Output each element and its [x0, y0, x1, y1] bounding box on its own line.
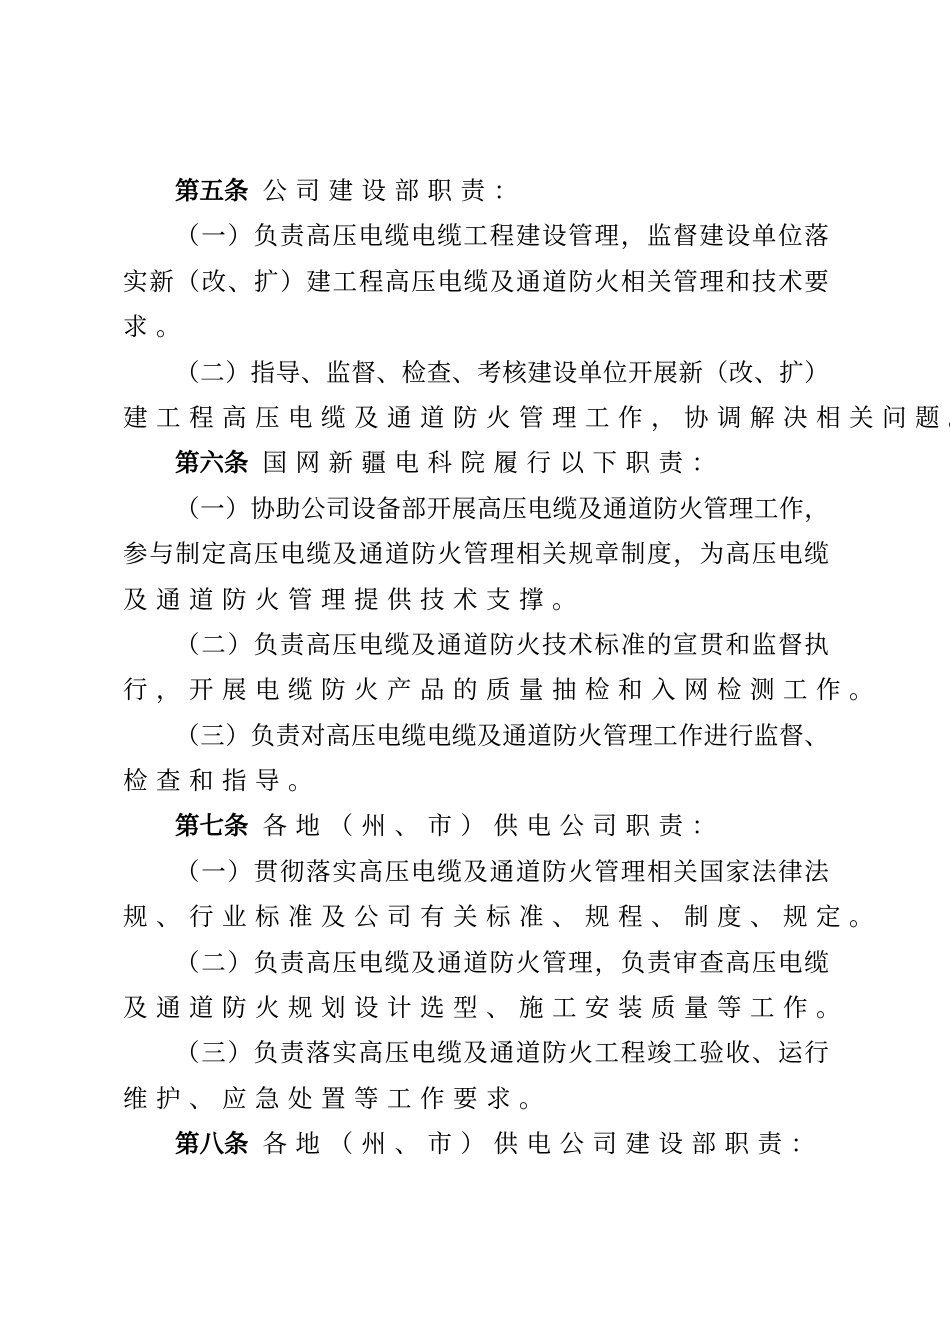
glyph: 压	[351, 713, 376, 758]
glyph: 新	[678, 350, 703, 395]
glyph: 火	[578, 713, 603, 758]
glyph: ）	[225, 713, 250, 758]
glyph: 、	[301, 350, 326, 395]
glyph: 、	[228, 259, 253, 304]
glyph: 责	[280, 940, 305, 985]
glyph: ）	[804, 350, 829, 395]
paragraph-line: 建工程高压电缆及通道防火管理工作，协调解决相关问题。	[123, 395, 829, 440]
glyph: 负	[254, 213, 279, 258]
glyph: 电	[359, 940, 384, 985]
paragraph-line: 及通道防火管理提供技术支撑。	[123, 577, 829, 622]
glyph: 火	[516, 940, 541, 985]
glyph: 法	[804, 849, 829, 894]
glyph: 公	[301, 486, 326, 531]
glyph: 位	[778, 213, 803, 258]
glyph: 通	[516, 259, 541, 304]
glyph: 电	[359, 213, 384, 258]
glyph: 理	[628, 713, 653, 758]
glyph: 设	[542, 213, 567, 258]
glyph: 电	[437, 259, 462, 304]
glyph: 作	[678, 713, 703, 758]
glyph: 及	[333, 531, 358, 576]
glyph: 工	[653, 713, 678, 758]
glyph: 缆	[385, 622, 410, 667]
glyph: 落	[306, 849, 331, 894]
glyph: 制	[175, 531, 200, 576]
glyph: 定	[202, 531, 227, 576]
glyph: 单	[752, 213, 777, 258]
glyph: ）	[225, 486, 250, 531]
glyph: 高	[306, 622, 331, 667]
glyph: 压	[385, 849, 410, 894]
glyph: 协	[251, 486, 276, 531]
glyph: 负	[251, 713, 276, 758]
glyph: 火	[437, 531, 462, 576]
glyph: 电	[411, 849, 436, 894]
glyph: 电	[376, 713, 401, 758]
paragraph-line: （二）负责高压电缆及通道防火管理，负责审查高压电缆	[123, 940, 829, 985]
article-number: 第六条	[175, 440, 249, 485]
glyph: 火	[516, 622, 541, 667]
glyph: 缆	[553, 486, 578, 531]
glyph: （	[175, 622, 200, 667]
glyph: 参	[123, 531, 148, 576]
glyph: 理	[729, 486, 754, 531]
glyph: 理	[595, 213, 620, 258]
glyph: 通	[490, 1030, 515, 1075]
glyph: ）	[227, 940, 252, 985]
glyph: 责	[280, 1030, 305, 1075]
glyph: 高	[306, 940, 331, 985]
paragraph-line: （一）贯彻落实高压电缆及通道防火管理相关国家法律法	[123, 849, 829, 894]
glyph: 缆	[385, 940, 410, 985]
glyph: （	[175, 259, 200, 304]
paragraph-line: 规、行业标准及公司有关标准、规程、制度、规定。	[123, 894, 829, 939]
glyph: 监	[326, 350, 351, 395]
paragraph-line: 及通道防火规划设计选型、施工安装质量等工作。	[123, 985, 829, 1030]
glyph: ，	[804, 486, 829, 531]
glyph: 火	[568, 1030, 593, 1075]
paragraph-line: 参与制定高压电缆及通道防火管理相关规章制度，为高压电缆	[123, 531, 829, 576]
glyph: 防	[490, 940, 515, 985]
glyph: 负	[254, 940, 279, 985]
glyph: 一	[200, 486, 225, 531]
glyph: 助	[276, 486, 301, 531]
paragraph-text: 检查和指导。	[123, 758, 321, 803]
glyph: 二	[200, 350, 225, 395]
glyph: 备	[376, 486, 401, 531]
glyph: 贯	[254, 849, 279, 894]
glyph: 监	[752, 622, 777, 667]
document-page: 第五条 公司建设部职责： （一）负责高压电缆电缆工程建设管理，监督建设单位落 实…	[123, 168, 829, 1167]
glyph: （	[175, 350, 200, 395]
glyph: 道	[516, 849, 541, 894]
glyph: 二	[201, 940, 226, 985]
glyph: 法	[752, 849, 777, 894]
glyph: ，	[621, 213, 646, 258]
glyph: 作	[779, 486, 804, 531]
glyph: ，	[673, 531, 698, 576]
glyph: 工	[595, 1030, 620, 1075]
glyph: 责	[647, 940, 672, 985]
glyph: 程	[621, 1030, 646, 1075]
glyph: 三	[201, 1030, 226, 1075]
glyph: 压	[752, 531, 777, 576]
glyph: 负	[254, 1030, 279, 1075]
glyph: 查	[699, 940, 724, 985]
glyph: ，	[595, 940, 620, 985]
glyph: 检	[402, 350, 427, 395]
glyph: 高	[359, 849, 384, 894]
glyph: 工	[754, 486, 779, 531]
glyph: 防	[553, 713, 578, 758]
glyph: 压	[411, 259, 436, 304]
glyph: 管	[568, 213, 593, 258]
glyph: 落	[306, 1030, 331, 1075]
glyph: 理	[621, 849, 646, 894]
glyph: 防	[542, 1030, 567, 1075]
glyph: 防	[490, 622, 515, 667]
article-number: 第五条	[175, 168, 249, 213]
glyph: 术	[568, 622, 593, 667]
glyph: 火	[595, 259, 620, 304]
glyph: 建	[306, 259, 331, 304]
glyph: 电	[359, 622, 384, 667]
glyph: 设	[726, 213, 751, 258]
glyph: 道	[628, 486, 653, 531]
glyph: 彻	[280, 849, 305, 894]
glyph: 改	[202, 259, 227, 304]
glyph: 核	[502, 350, 527, 395]
glyph: 一	[201, 849, 226, 894]
glyph: 要	[804, 259, 829, 304]
article-number: 第七条	[175, 803, 249, 848]
glyph: 及	[490, 259, 515, 304]
glyph: 开	[628, 350, 653, 395]
glyph: 管	[595, 849, 620, 894]
glyph: 压	[254, 531, 279, 576]
glyph: 压	[752, 940, 777, 985]
glyph: 二	[201, 622, 226, 667]
glyph: 及	[411, 622, 436, 667]
glyph: 技	[542, 622, 567, 667]
glyph: 扩	[254, 259, 279, 304]
paragraph-line: （二）负责高压电缆及通道防火技术标准的宣贯和监督执	[123, 622, 829, 667]
paragraph-line: 行，开展电缆防火产品的质量抽检和入网检测工作。	[123, 667, 829, 712]
glyph: 通	[603, 486, 628, 531]
glyph: 高	[726, 531, 751, 576]
glyph: 新	[149, 259, 174, 304]
glyph: 缆	[385, 213, 410, 258]
glyph: 开	[427, 486, 452, 531]
glyph: 竣	[647, 1030, 672, 1075]
glyph: 工	[333, 259, 358, 304]
glyph: 、	[804, 713, 829, 758]
paragraph-line: （一）负责高压电缆电缆工程建设管理，监督建设单位落	[123, 213, 829, 258]
glyph: 三	[200, 713, 225, 758]
paragraph-line: （三）负责落实高压电缆及通道防火工程竣工验收、运行	[123, 1030, 829, 1075]
glyph: 电	[778, 531, 803, 576]
glyph: 及	[463, 849, 488, 894]
paragraph-text: 行，开展电缆防火产品的质量抽检和入网检测工作。	[123, 667, 882, 712]
glyph: 程	[359, 259, 384, 304]
glyph: 宣	[673, 622, 698, 667]
glyph: 部	[402, 486, 427, 531]
glyph: 防	[653, 486, 678, 531]
glyph: 建	[516, 213, 541, 258]
glyph: 及	[578, 486, 603, 531]
paragraph-line: 检查和指导。	[123, 758, 829, 803]
glyph: 管	[542, 940, 567, 985]
glyph: 道	[527, 713, 552, 758]
glyph: 督	[778, 622, 803, 667]
glyph: 相	[647, 849, 672, 894]
glyph: 压	[332, 622, 357, 667]
glyph: 缆	[452, 713, 477, 758]
glyph: 及	[463, 1030, 488, 1075]
article-number: 第八条	[175, 1121, 249, 1166]
glyph: 监	[754, 713, 779, 758]
paragraph-line: 求。	[123, 304, 829, 349]
glyph: 工	[673, 1030, 698, 1075]
paragraph-text: 及通道防火管理提供技术支撑。	[123, 577, 585, 622]
glyph: （	[175, 713, 200, 758]
paragraph-line: （二）指导、监督、检查、考核建设单位开展新（改、扩）	[123, 350, 829, 395]
article-title: 国网新疆电科院履行以下职责：	[263, 440, 725, 485]
glyph: 的	[647, 622, 672, 667]
glyph: 压	[385, 1030, 410, 1075]
article-title: 公司建设部职责：	[263, 168, 527, 213]
article-heading: 第七条 各地（州、市）供电公司职责：	[123, 803, 829, 848]
glyph: 通	[437, 622, 462, 667]
glyph: 对	[301, 713, 326, 758]
glyph: 管	[704, 486, 729, 531]
glyph: 和	[726, 622, 751, 667]
article-heading: 第五条 公司建设部职责：	[123, 168, 829, 213]
paragraph-text: 及通道防火规划设计选型、施工安装质量等工作。	[123, 985, 849, 1030]
glyph: 相	[516, 531, 541, 576]
glyph: 章	[595, 531, 620, 576]
glyph: 管	[464, 531, 489, 576]
glyph: 考	[477, 350, 502, 395]
glyph: 验	[699, 1030, 724, 1075]
glyph: 执	[804, 622, 829, 667]
glyph: 查	[427, 350, 452, 395]
glyph: 通	[437, 940, 462, 985]
glyph: 行	[804, 1030, 829, 1075]
glyph: 制	[621, 531, 646, 576]
glyph: 、	[452, 350, 477, 395]
glyph: （	[704, 350, 729, 395]
glyph: 展	[452, 486, 477, 531]
glyph: 运	[778, 1030, 803, 1075]
glyph: 电	[427, 713, 452, 758]
glyph: 督	[779, 713, 804, 758]
glyph: 审	[673, 940, 698, 985]
glyph: 指	[251, 350, 276, 395]
glyph: ）	[227, 622, 252, 667]
glyph: 理	[490, 531, 515, 576]
glyph: 技	[752, 259, 777, 304]
paragraph-line: 维护、应急处置等工作要求。	[123, 1076, 829, 1121]
glyph: 、	[376, 350, 401, 395]
glyph: 责	[280, 213, 305, 258]
glyph: 防	[411, 531, 436, 576]
glyph: 道	[463, 940, 488, 985]
glyph: 贯	[699, 622, 724, 667]
glyph: 缆	[437, 1030, 462, 1075]
glyph: 防	[568, 259, 593, 304]
glyph: 高	[359, 1030, 384, 1075]
glyph: 电	[280, 531, 305, 576]
glyph: 为	[699, 531, 724, 576]
paragraph-text: 求。	[123, 304, 189, 349]
glyph: 高	[726, 940, 751, 985]
glyph: 缆	[464, 259, 489, 304]
glyph: 相	[621, 259, 646, 304]
glyph: 缆	[804, 531, 829, 576]
glyph: 电	[527, 486, 552, 531]
article-title: 各地（州、市）供电公司职责：	[263, 803, 725, 848]
glyph: 道	[542, 259, 567, 304]
glyph: 监	[647, 213, 672, 258]
glyph: 导	[276, 350, 301, 395]
glyph: ）	[227, 1030, 252, 1075]
glyph: 高	[228, 531, 253, 576]
glyph: 位	[603, 350, 628, 395]
glyph: ）	[280, 259, 305, 304]
glyph: 家	[726, 849, 751, 894]
glyph: 压	[332, 940, 357, 985]
glyph: 责	[276, 713, 301, 758]
glyph: 压	[332, 213, 357, 258]
glyph: ）	[227, 849, 252, 894]
glyph: 电	[411, 1030, 436, 1075]
glyph: 缆	[804, 940, 829, 985]
glyph: 术	[778, 259, 803, 304]
glyph: 及	[477, 713, 502, 758]
glyph: 一	[201, 213, 226, 258]
glyph: 行	[729, 713, 754, 758]
paragraph-line: （一）协助公司设备部开展高压电缆及通道防火管理工作，	[123, 486, 829, 531]
glyph: 国	[699, 849, 724, 894]
glyph: 通	[490, 849, 515, 894]
glyph: 督	[673, 213, 698, 258]
glyph: 高	[477, 486, 502, 531]
glyph: 责	[280, 622, 305, 667]
glyph: 电	[411, 213, 436, 258]
paragraph-text: 规、行业标准及公司有关标准、规程、制度、规定。	[123, 894, 882, 939]
glyph: 单	[578, 350, 603, 395]
glyph: （	[175, 940, 200, 985]
glyph: 关	[647, 259, 672, 304]
glyph: 收	[726, 1030, 751, 1075]
glyph: 道	[463, 622, 488, 667]
glyph: 管	[673, 259, 698, 304]
glyph: 督	[351, 350, 376, 395]
glyph: 关	[542, 531, 567, 576]
glyph: （	[175, 486, 200, 531]
glyph: 、	[754, 350, 779, 395]
paragraph-text: 维护、应急处置等工作要求。	[123, 1076, 552, 1121]
glyph: 负	[254, 622, 279, 667]
glyph: 改	[729, 350, 754, 395]
article-heading: 第六条 国网新疆电科院履行以下职责：	[123, 440, 829, 485]
glyph: 规	[568, 531, 593, 576]
glyph: （	[175, 1030, 200, 1075]
glyph: 建	[527, 350, 552, 395]
glyph: 工	[463, 213, 488, 258]
article-title: 各地（州、市）供电公司建设部职责：	[263, 1121, 824, 1166]
glyph: 准	[621, 622, 646, 667]
glyph: 理	[568, 940, 593, 985]
paragraph-line: （三）负责对高压电缆电缆及通道防火管理工作进行监督、	[123, 713, 829, 758]
glyph: 展	[653, 350, 678, 395]
glyph: 管	[603, 713, 628, 758]
glyph: 火	[678, 486, 703, 531]
glyph: 建	[699, 213, 724, 258]
glyph: （	[175, 213, 200, 258]
glyph: 实	[123, 259, 148, 304]
glyph: 道	[516, 1030, 541, 1075]
glyph: 高	[306, 213, 331, 258]
glyph: 压	[502, 486, 527, 531]
glyph: 实	[332, 1030, 357, 1075]
glyph: ）	[225, 350, 250, 395]
glyph: 负	[621, 940, 646, 985]
glyph: 程	[490, 213, 515, 258]
glyph: 防	[542, 849, 567, 894]
glyph: 电	[778, 940, 803, 985]
glyph: 、	[752, 1030, 777, 1075]
glyph: 落	[804, 213, 829, 258]
glyph: 及	[411, 940, 436, 985]
glyph: 进	[704, 713, 729, 758]
glyph: 缆	[306, 531, 331, 576]
glyph: 扩	[779, 350, 804, 395]
glyph: 关	[673, 849, 698, 894]
glyph: 高	[326, 713, 351, 758]
glyph: 设	[553, 350, 578, 395]
glyph: （	[175, 849, 200, 894]
glyph: 缆	[437, 213, 462, 258]
article-heading: 第八条 各地（州、市）供电公司建设部职责：	[123, 1121, 829, 1166]
glyph: 司	[326, 486, 351, 531]
glyph: ）	[227, 213, 252, 258]
glyph: 律	[778, 849, 803, 894]
glyph: 缆	[402, 713, 427, 758]
glyph: 缆	[437, 849, 462, 894]
glyph: 度	[647, 531, 672, 576]
glyph: 和	[726, 259, 751, 304]
paragraph-line: 实新（改、扩）建工程高压电缆及通道防火相关管理和技术要	[123, 259, 829, 304]
paragraph-text: 建工程高压电缆及通道防火管理工作，协调解决相关问题。	[123, 395, 950, 440]
glyph: 火	[568, 849, 593, 894]
glyph: 高	[385, 259, 410, 304]
glyph: 标	[595, 622, 620, 667]
glyph: 与	[149, 531, 174, 576]
glyph: 理	[699, 259, 724, 304]
glyph: 道	[385, 531, 410, 576]
glyph: 通	[359, 531, 384, 576]
glyph: 实	[332, 849, 357, 894]
glyph: 设	[351, 486, 376, 531]
glyph: 通	[502, 713, 527, 758]
